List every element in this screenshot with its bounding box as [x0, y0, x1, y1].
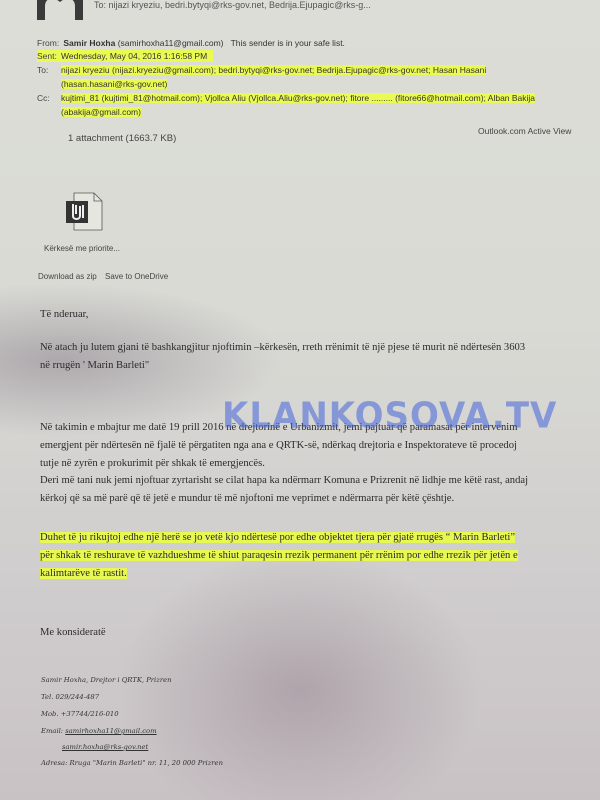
cc-row-continued: (abakija@gmail.com): [61, 106, 141, 119]
paragraph-attachment-note: Në atach ju lutem gjani të bashkangjitur…: [40, 339, 600, 375]
to-row-continued: (hasan.hasani@rks-gov.net): [61, 78, 167, 91]
sent-date: Wednesday, May 04, 2016 1:16:58 PM: [61, 51, 207, 61]
cc-recipients[interactable]: kujtimi_81 (kujtimi_81@hotmail.com); Vjo…: [61, 93, 535, 103]
signature-email-2[interactable]: samir.hoxha@rks-gov.net: [62, 743, 148, 751]
sent-row: Sent:Wednesday, May 04, 2016 1:16:58 PM: [37, 50, 213, 63]
sender-avatar: [37, 0, 83, 20]
save-onedrive-link[interactable]: Save to OneDrive: [105, 272, 168, 281]
safe-sender-note: This sender is in your safe list.: [231, 38, 345, 48]
signature-address: Adresa: Rruga "Marin Barleti" nr. 11, 20…: [41, 759, 223, 767]
person-icon: [37, 0, 83, 20]
sender-name[interactable]: Samir Hoxha: [63, 38, 115, 48]
signature-mobile: Mob. +37744/216-010: [41, 710, 119, 718]
signature-email-1[interactable]: samirhoxha11@gmail.com: [65, 727, 156, 735]
paragraph-warning-highlighted: Duhet të ju rikujtoj edhe një herë se jo…: [40, 529, 600, 583]
attachment-file-icon[interactable]: [64, 192, 106, 232]
sender-email[interactable]: (samirhoxha11@gmail.com): [118, 38, 224, 48]
closing: Me konsideratë: [40, 627, 106, 638]
signature-tel: Tel. 029/244-487: [41, 693, 99, 701]
signature-email-2-row: samir.hoxha@rks-gov.net: [62, 743, 148, 751]
attachment-summary: 1 attachment (1663.7 KB): [68, 133, 176, 144]
greeting: Të nderuar,: [40, 306, 88, 324]
download-zip-link[interactable]: Download as zip: [38, 272, 97, 281]
watermark: KLANKOSOVA.TV: [222, 398, 557, 434]
cc-row: Cc:kujtimi_81 (kujtimi_81@hotmail.com); …: [37, 92, 535, 105]
active-view-label: Outlook.com Active View: [478, 126, 571, 136]
to-recipients[interactable]: nijazi kryeziu (nijazi.kryeziu@gmail.com…: [61, 65, 486, 75]
previous-to-line: To: nijazi kryeziu, bedri.bytyqi@rks-gov…: [94, 0, 371, 10]
printed-email-page: To: nijazi kryeziu, bedri.bytyqi@rks-gov…: [0, 0, 600, 800]
signature-email-row: Email: samirhoxha11@gmail.com: [41, 727, 157, 735]
to-row: To:nijazi kryeziu (nijazi.kryeziu@gmail.…: [37, 64, 486, 77]
attachment-name[interactable]: Kërkesë me priorite...: [44, 244, 120, 253]
from-row: From: Samir Hoxha (samirhoxha11@gmail.co…: [37, 37, 345, 50]
paragraph-request: Deri më tani nuk jemi njoftuar zyrtarish…: [40, 472, 600, 508]
signature-name-title: Samir Hoxha, Drejtor i QRTK, Prizren: [41, 676, 171, 684]
